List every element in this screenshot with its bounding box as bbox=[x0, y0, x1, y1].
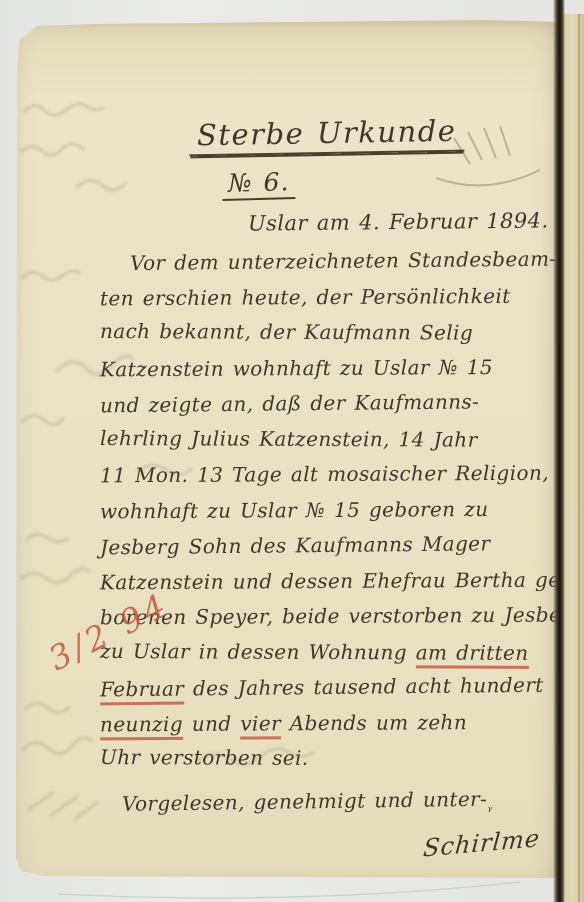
page-binding-shadow bbox=[553, 0, 565, 902]
text-segment: und bbox=[183, 711, 240, 735]
body-line: Katzenstein und dessen Ehefrau Bertha ge… bbox=[100, 562, 554, 600]
body-line: Uhr verstorben sei. bbox=[100, 740, 554, 777]
red-underlined-phrase: neunzig bbox=[100, 711, 183, 740]
body-line: ten erschien heute, der Persönlichkeit bbox=[100, 278, 554, 316]
body-line: wohnhaft zu Uslar № 15 geboren zu bbox=[100, 491, 554, 529]
red-underlined-phrase: Februar bbox=[100, 676, 184, 705]
text-segment: Vor dem unterzeichneten Standesbeam- bbox=[130, 247, 557, 275]
body-line: lehrling Julius Katzenstein, 14 Jahr bbox=[100, 421, 554, 458]
record-number: № 6. bbox=[222, 167, 296, 201]
document-title: Sterbe Urkunde bbox=[189, 114, 465, 157]
text-segment: des Jahres tausend acht hundert bbox=[184, 673, 544, 701]
body-line: Vor dem unterzeichneten Standesbeam- bbox=[100, 242, 554, 282]
body-lines: Vor dem unterzeichneten Standesbeam-ten … bbox=[100, 244, 554, 777]
text-segment: Katzenstein wohnhaft zu Uslar № 15 bbox=[100, 354, 493, 380]
text-segment: zu Uslar in dessen Wohnung bbox=[100, 639, 416, 664]
body-line: nach bekannt, der Kaufmann Selig bbox=[100, 314, 554, 351]
body-line: Katzenstein wohnhaft zu Uslar № 15 bbox=[100, 349, 554, 387]
text-segment: lehrling Julius Katzenstein, 14 Jahr bbox=[100, 426, 478, 452]
body-line: 11 Mon. 13 Tage alt mosaischer Religion, bbox=[100, 456, 554, 494]
place-date-line: Uslar am 4. Februar 1894. bbox=[248, 208, 554, 235]
text-segment: nach bekannt, der Kaufmann Selig bbox=[100, 319, 473, 345]
closing-text: Vorgelesen, genehmigt und unter- bbox=[122, 786, 488, 815]
document-text: Sterbe Urkunde № 6. Uslar am 4. Februar … bbox=[16, 20, 560, 851]
body-line: zu Uslar in dessen Wohnung am dritten bbox=[100, 634, 554, 671]
text-segment: wohnhaft zu Uslar № 15 geboren zu bbox=[100, 497, 489, 523]
paper-sheet: Sterbe Urkunde № 6. Uslar am 4. Februar … bbox=[16, 20, 560, 878]
next-page-edge bbox=[563, 14, 584, 902]
red-underlined-phrase: vier bbox=[240, 711, 281, 739]
text-segment: Uhr verstorben sei. bbox=[100, 745, 309, 770]
text-segment: und zeigte an, daß der Kaufmanns- bbox=[100, 389, 479, 417]
text-segment: Abends um zehn bbox=[281, 710, 467, 735]
closing-line: Vorgelesen, genehmigt und unter-ᵧ bbox=[100, 785, 554, 819]
text-segment: Jesberg Sohn des Kaufmanns Mager bbox=[100, 531, 491, 559]
body-line: Februar des Jahres tausend acht hundert bbox=[100, 668, 554, 708]
text-segment: 11 Mon. 13 Tage alt mosaischer Religion, bbox=[100, 461, 549, 488]
text-segment: ten erschien heute, der Persönlichkeit bbox=[100, 283, 511, 310]
text-segment: Katzenstein und dessen Ehefrau Bertha ge… bbox=[100, 567, 568, 594]
scanned-document-page: Sterbe Urkunde № 6. Uslar am 4. Februar … bbox=[0, 0, 584, 902]
body-line: Jesberg Sohn des Kaufmanns Mager bbox=[100, 526, 554, 566]
hyphenation-flourish: ᵧ bbox=[487, 799, 493, 814]
body-line: neunzig und vier Abends um zehn bbox=[100, 704, 554, 742]
body-line: und zeigte an, daß der Kaufmanns- bbox=[100, 384, 554, 424]
red-underlined-phrase: am dritten bbox=[416, 640, 529, 668]
